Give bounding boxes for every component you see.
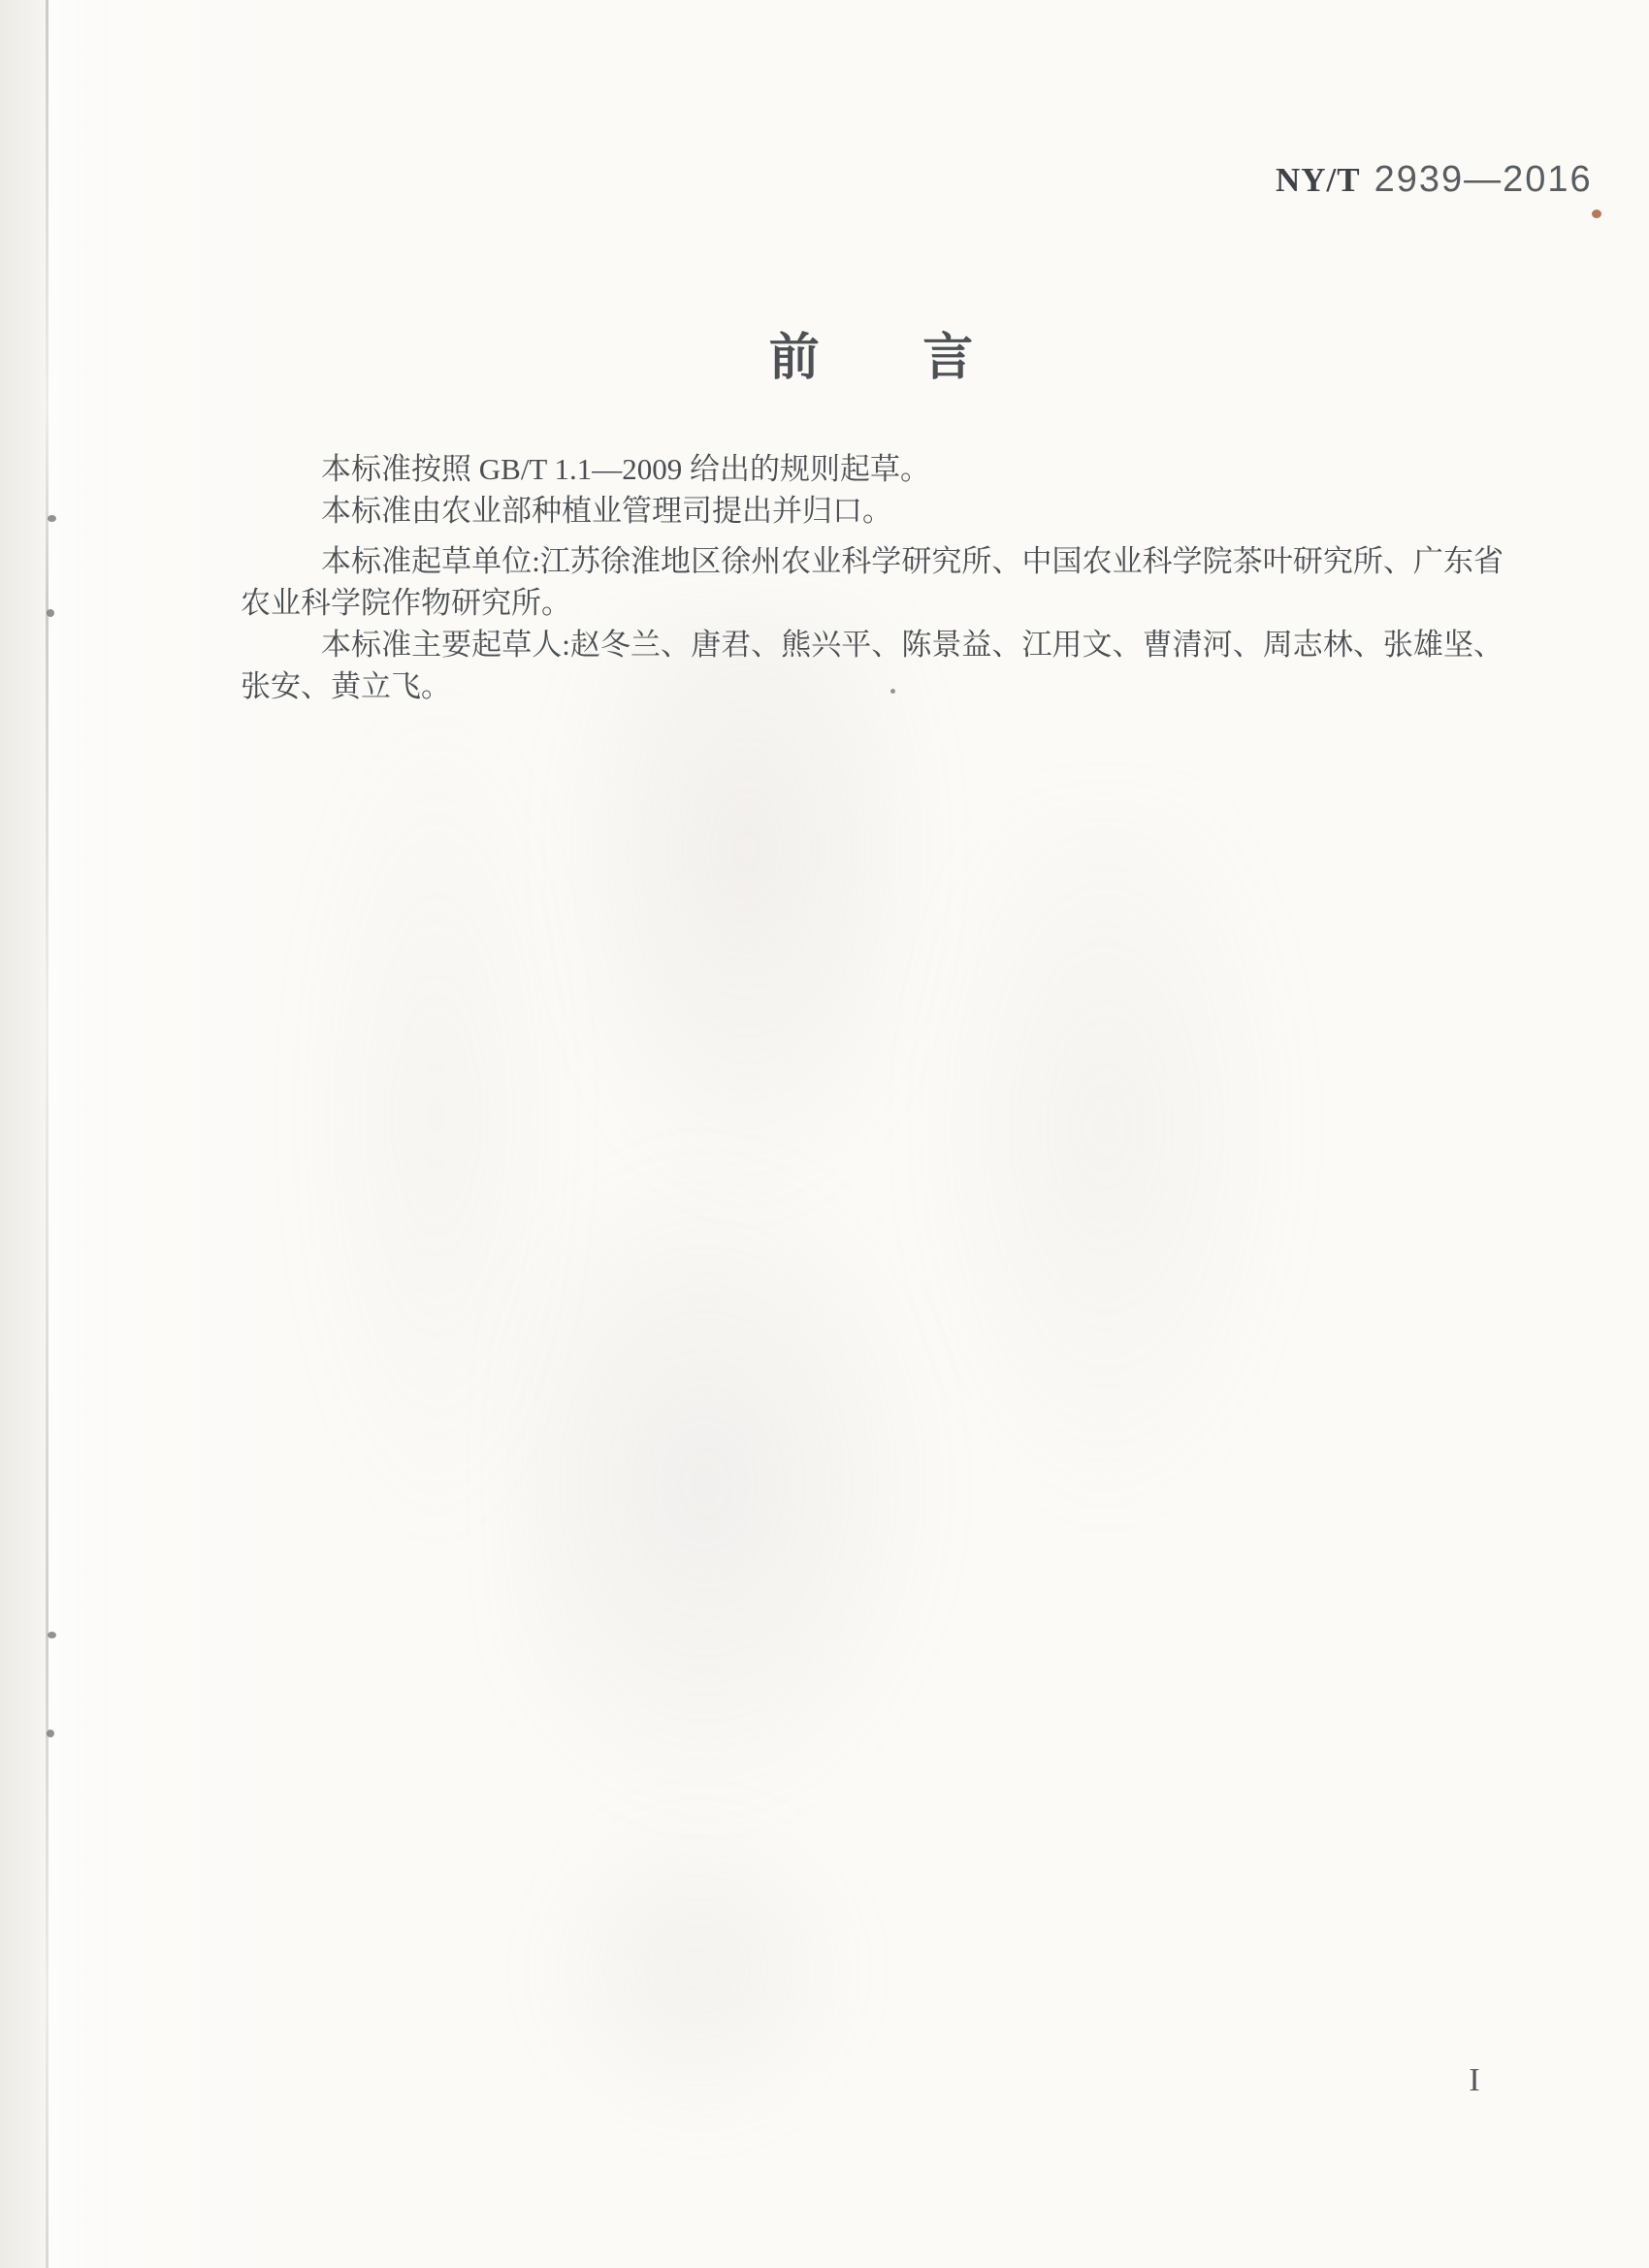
bleedthrough-ghost xyxy=(504,1145,951,1824)
paragraph-main-drafters: 本标准主要起草人:赵冬兰、唐君、熊兴平、陈景益、江用文、曹清河、周志林、张雄坚、… xyxy=(241,624,1503,707)
page-title-foreword: 前 言 xyxy=(241,316,1503,389)
red-ink-dot xyxy=(1592,210,1601,218)
paragraph-proposing-authority: 本标准由农业部种植业管理司提出并归口。 xyxy=(241,490,1503,532)
bleedthrough-ghost xyxy=(291,679,582,1552)
paragraph-drafting-organizations: 本标准起草单位:江苏徐淮地区徐州农业科学研究所、中国农业科学院茶叶研究所、广东省… xyxy=(241,540,1503,624)
bleedthrough-ghost xyxy=(524,1795,873,2144)
body-text-block: 本标准按照 GB/T 1.1—2009 给出的规则起草。 本标准由农业部种植业管… xyxy=(241,448,1503,707)
paragraph-drafting-rules: 本标准按照 GB/T 1.1—2009 给出的规则起草。 xyxy=(241,448,1503,490)
standard-code-number: 2939—2016 xyxy=(1374,159,1593,200)
bleedthrough-ghost xyxy=(902,795,1309,1533)
stray-ink-speck xyxy=(890,689,895,694)
standard-code-header: NY/T 2939—2016 xyxy=(1276,159,1518,201)
scan-speck xyxy=(47,1730,54,1737)
page-number: I xyxy=(1455,2062,1494,2099)
page-fold-highlight xyxy=(48,0,107,2268)
scan-speck xyxy=(48,515,56,522)
page-left-edge-shadow xyxy=(0,0,45,2268)
scan-speck xyxy=(48,1632,56,1638)
scan-speck xyxy=(47,609,54,617)
scanned-document-page: NY/T 2939—2016 前 言 本标准按照 GB/T 1.1—2009 给… xyxy=(0,0,1649,2268)
standard-code-prefix: NY/T xyxy=(1276,161,1361,199)
